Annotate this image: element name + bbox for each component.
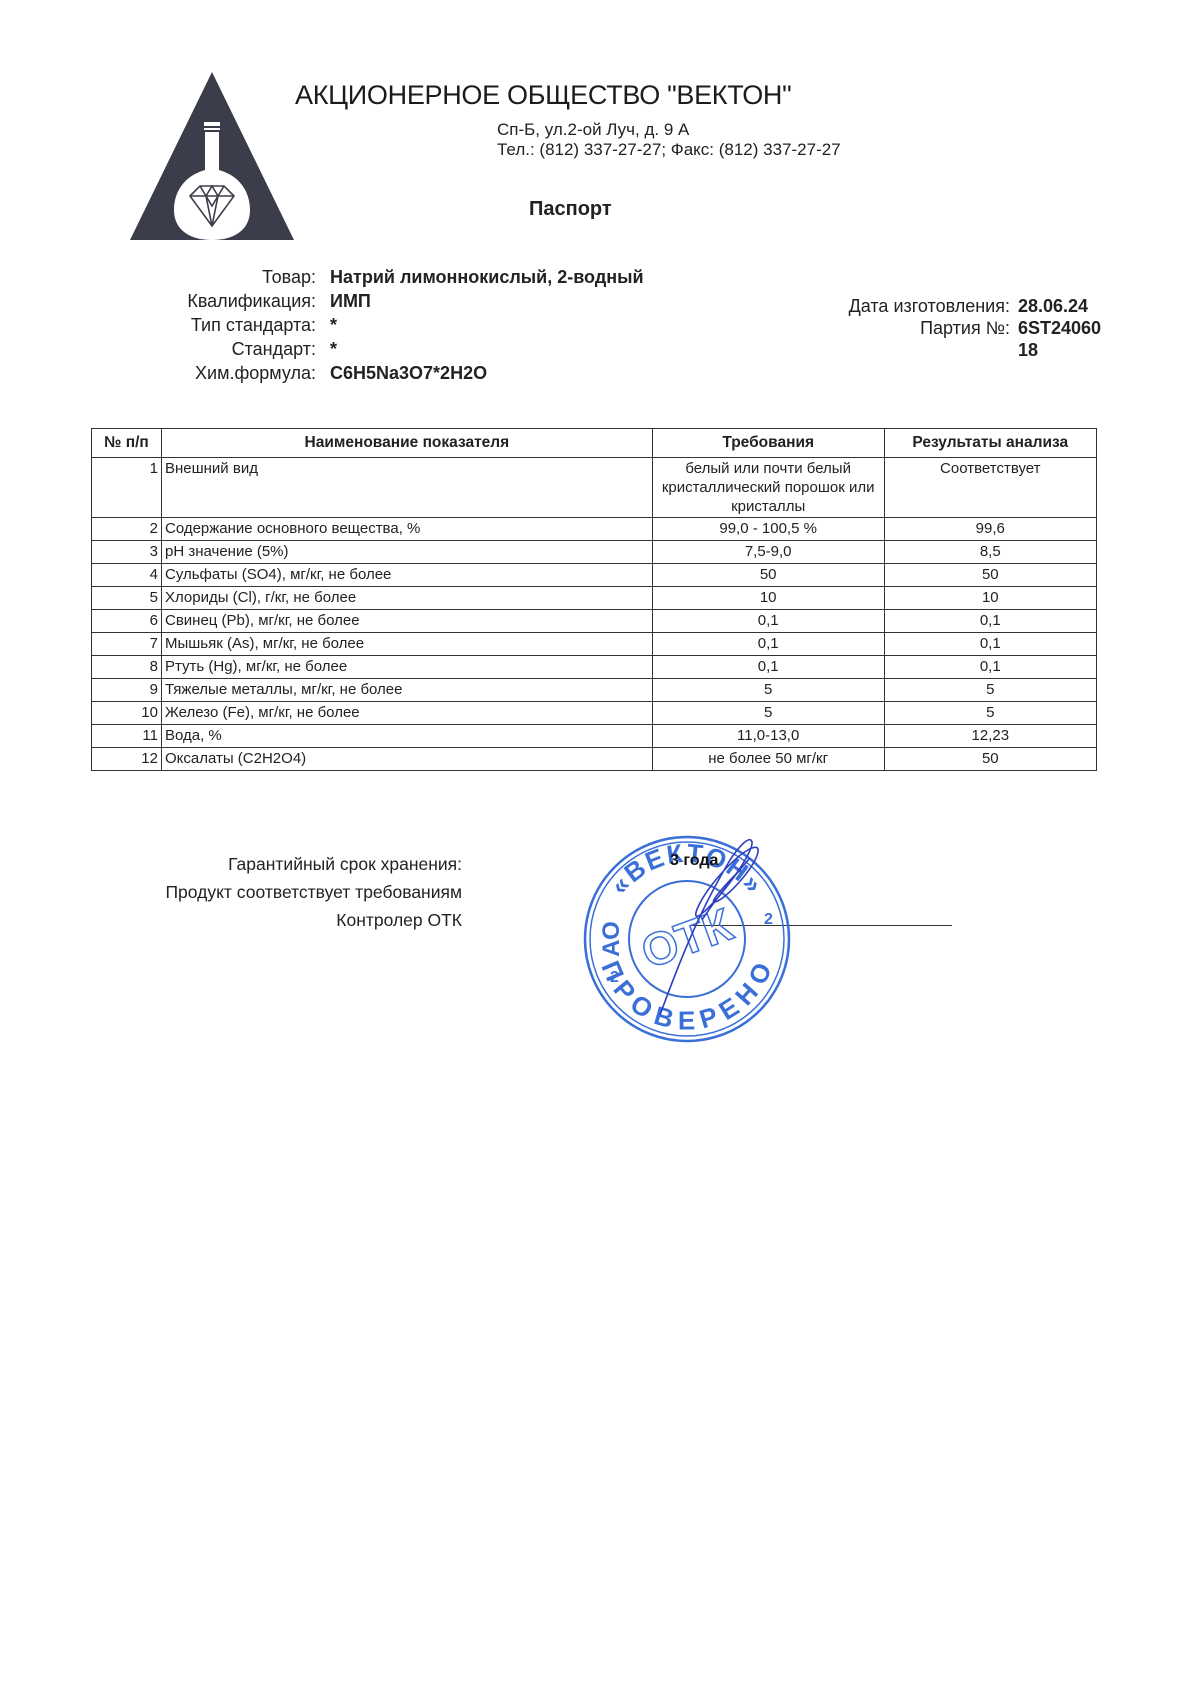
result-value: 5 bbox=[884, 679, 1096, 702]
row-number: 11 bbox=[92, 725, 162, 748]
row-number: 8 bbox=[92, 656, 162, 679]
company-name: АКЦИОНЕРНОЕ ОБЩЕСТВО "ВЕКТОН" bbox=[295, 80, 791, 111]
indicator-name: Сульфаты (SO4), мг/кг, не более bbox=[161, 564, 652, 587]
requirement-value: 99,0 - 100,5 % bbox=[652, 518, 884, 541]
header-requirements: Требования bbox=[652, 429, 884, 458]
table-row: 3pH значение (5%)7,5-9,08,5 bbox=[92, 541, 1097, 564]
requirement-value: 0,1 bbox=[652, 633, 884, 656]
header-results: Результаты анализа bbox=[884, 429, 1096, 458]
result-value: 0,1 bbox=[884, 656, 1096, 679]
table-row: 10Железо (Fe), мг/кг, не более55 bbox=[92, 702, 1097, 725]
compliance-text: Продукт соответствует требованиям bbox=[100, 878, 462, 906]
table-row: 12Оксалаты (C2H2O4)не более 50 мг/кг50 bbox=[92, 748, 1097, 771]
row-number: 1 bbox=[92, 458, 162, 518]
table-row: 11Вода, %11,0-13,012,23 bbox=[92, 725, 1097, 748]
stamp-left-text: АО bbox=[598, 921, 625, 957]
table-row: 1Внешний видбелый или почти белый криста… bbox=[92, 458, 1097, 518]
manufacture-date-label: Дата изготовления: bbox=[820, 296, 1018, 317]
requirement-value: 11,0-13,0 bbox=[652, 725, 884, 748]
company-logo-icon bbox=[128, 70, 296, 242]
table-row: 9Тяжелые металлы, мг/кг, не более55 bbox=[92, 679, 1097, 702]
requirement-value: 0,1 bbox=[652, 656, 884, 679]
indicator-name: Ртуть (Hg), мг/кг, не более bbox=[161, 656, 652, 679]
table-row: 5Хлориды (Cl), г/кг, не более1010 bbox=[92, 587, 1097, 610]
certificate-footer: Гарантийный срок хранения: Продукт соотв… bbox=[100, 850, 462, 934]
result-value: 0,1 bbox=[884, 610, 1096, 633]
table-row: 7Мышьяк (As), мг/кг, не более0,10,1 bbox=[92, 633, 1097, 656]
shelf-life-label: Гарантийный срок хранения: bbox=[100, 850, 462, 878]
result-value: 0,1 bbox=[884, 633, 1096, 656]
company-address: Сп-Б, ул.2-ой Луч, д. 9 А bbox=[497, 120, 841, 140]
requirement-value: 5 bbox=[652, 702, 884, 725]
result-value: Соответствует bbox=[884, 458, 1096, 518]
row-number: 5 bbox=[92, 587, 162, 610]
property-row-standard: Стандарт: * bbox=[140, 337, 644, 361]
indicator-name: pH значение (5%) bbox=[161, 541, 652, 564]
inspector-label: Контролер ОТК bbox=[100, 906, 462, 934]
row-number: 2 bbox=[92, 518, 162, 541]
property-label: Товар: bbox=[140, 267, 330, 288]
batch-properties: Дата изготовления: 28.06.24 Партия №: 6S… bbox=[820, 295, 1101, 361]
property-row-formula: Хим.формула: C6H5Na3O7*2H2O bbox=[140, 361, 644, 385]
row-number: 10 bbox=[92, 702, 162, 725]
result-value: 50 bbox=[884, 748, 1096, 771]
table-row: 2Содержание основного вещества, %99,0 - … bbox=[92, 518, 1097, 541]
result-value: 99,6 bbox=[884, 518, 1096, 541]
batch-value: 6ST24060 bbox=[1018, 318, 1101, 339]
row-number: 7 bbox=[92, 633, 162, 656]
result-value: 8,5 bbox=[884, 541, 1096, 564]
product-properties: Товар: Натрий лимоннокислый, 2-водный Кв… bbox=[140, 265, 644, 385]
manufacture-date-row: Дата изготовления: 28.06.24 bbox=[820, 295, 1101, 317]
property-row-qualification: Квалификация: ИМП bbox=[140, 289, 644, 313]
property-value: * bbox=[330, 315, 337, 336]
row-number: 9 bbox=[92, 679, 162, 702]
manufacture-date-value: 28.06.24 bbox=[1018, 296, 1088, 317]
analysis-results-table: № п/п Наименование показателя Требования… bbox=[91, 428, 1097, 771]
batch-row: Партия №: 6ST24060 bbox=[820, 317, 1101, 339]
requirement-value: 7,5-9,0 bbox=[652, 541, 884, 564]
table-row: 8Ртуть (Hg), мг/кг, не более0,10,1 bbox=[92, 656, 1097, 679]
requirement-value: 10 bbox=[652, 587, 884, 610]
stamp-number-left: 2 bbox=[610, 969, 619, 986]
header-number: № п/п bbox=[92, 429, 162, 458]
property-value: ИМП bbox=[330, 291, 371, 312]
row-number: 12 bbox=[92, 748, 162, 771]
company-contacts: Тел.: (812) 337-27-27; Факс: (812) 337-2… bbox=[497, 140, 841, 160]
property-value: C6H5Na3O7*2H2O bbox=[330, 363, 487, 384]
property-value: * bbox=[330, 339, 337, 360]
indicator-name: Свинец (Pb), мг/кг, не более bbox=[161, 610, 652, 633]
indicator-name: Железо (Fe), мг/кг, не более bbox=[161, 702, 652, 725]
row-number: 4 bbox=[92, 564, 162, 587]
table-row: 6Свинец (Pb), мг/кг, не более0,10,1 bbox=[92, 610, 1097, 633]
signature-icon bbox=[640, 830, 790, 1020]
result-value: 10 bbox=[884, 587, 1096, 610]
requirement-value: не более 50 мг/кг bbox=[652, 748, 884, 771]
indicator-name: Тяжелые металлы, мг/кг, не более bbox=[161, 679, 652, 702]
header-indicator: Наименование показателя bbox=[161, 429, 652, 458]
indicator-name: Мышьяк (As), мг/кг, не более bbox=[161, 633, 652, 656]
indicator-name: Оксалаты (C2H2O4) bbox=[161, 748, 652, 771]
batch-value-continued: 18 bbox=[820, 340, 1038, 361]
row-number: 6 bbox=[92, 610, 162, 633]
indicator-name: Внешний вид bbox=[161, 458, 652, 518]
indicator-name: Вода, % bbox=[161, 725, 652, 748]
table-row: 4Сульфаты (SO4), мг/кг, не более5050 bbox=[92, 564, 1097, 587]
requirement-value: 5 bbox=[652, 679, 884, 702]
property-label: Тип стандарта: bbox=[140, 315, 330, 336]
table-header-row: № п/п Наименование показателя Требования… bbox=[92, 429, 1097, 458]
requirement-value: 0,1 bbox=[652, 610, 884, 633]
batch-label: Партия №: bbox=[820, 318, 1018, 339]
property-value: Натрий лимоннокислый, 2-водный bbox=[330, 267, 644, 288]
result-value: 5 bbox=[884, 702, 1096, 725]
row-number: 3 bbox=[92, 541, 162, 564]
document-title: Паспорт bbox=[529, 198, 612, 221]
indicator-name: Содержание основного вещества, % bbox=[161, 518, 652, 541]
batch-row-continued: 18 bbox=[820, 339, 1101, 361]
result-value: 12,23 bbox=[884, 725, 1096, 748]
property-label: Хим.формула: bbox=[140, 363, 330, 384]
company-address-block: Сп-Б, ул.2-ой Луч, д. 9 А Тел.: (812) 33… bbox=[497, 120, 841, 160]
property-row-product: Товар: Натрий лимоннокислый, 2-водный bbox=[140, 265, 644, 289]
requirement-value: 50 bbox=[652, 564, 884, 587]
indicator-name: Хлориды (Cl), г/кг, не более bbox=[161, 587, 652, 610]
requirement-value: белый или почти белый кристаллический по… bbox=[652, 458, 884, 518]
property-label: Квалификация: bbox=[140, 291, 330, 312]
property-label: Стандарт: bbox=[140, 339, 330, 360]
result-value: 50 bbox=[884, 564, 1096, 587]
property-row-standard-type: Тип стандарта: * bbox=[140, 313, 644, 337]
